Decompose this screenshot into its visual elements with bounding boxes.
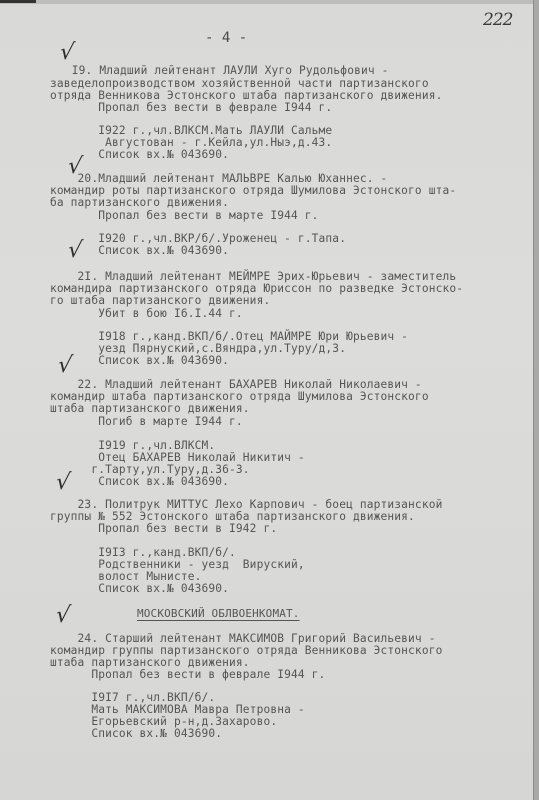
handwritten-folio-number: 222 xyxy=(483,10,512,30)
entry-line: Список вх.№ 043690. xyxy=(50,583,229,595)
entry-line: штаба партизанского движения. xyxy=(50,403,250,415)
page-number: - 4 - xyxy=(205,30,247,46)
entry-line: Пропал без вести в I942 г. xyxy=(50,523,277,535)
entry-line: I9. Младший лейтенант ЛАУЛИ Хуго Рудольф… xyxy=(58,65,389,77)
scan-top-edge xyxy=(0,0,539,4)
entry-line: ба партизанского движения. xyxy=(50,197,229,209)
entry-line: Список вх.№ 043690. xyxy=(50,245,229,257)
scan-top-shadow xyxy=(0,0,36,3)
entry-line: Погиб в марте I944 г. xyxy=(50,416,243,428)
entry-line: Пропал без вести в феврале I944 г. xyxy=(50,669,325,681)
entry-line: го штаба партизанского движения. xyxy=(50,295,270,307)
entry-line: Список вх.№ 043690. xyxy=(50,149,229,161)
entry-line: Пропал без вести в марте I944 г. xyxy=(50,210,319,222)
entry-line: Убит в бою I6.I.44 г. xyxy=(50,308,243,320)
check-mark-icon: √ xyxy=(54,603,72,628)
archival-document-page: 222 - 4 - √ √ √ √ √ √ I9. Младший лейтен… xyxy=(0,0,539,800)
entry-line: Список вх.№ 043690. xyxy=(50,728,222,740)
section-heading: МОСКОВСКИЙ ОБЛВОЕНКОМАТ. xyxy=(137,608,300,620)
check-mark-icon: √ xyxy=(58,40,76,65)
entry-line: Список вх.№ 043690. xyxy=(50,476,229,488)
entry-line: Пропал без вести в феврале I944 г. xyxy=(50,102,332,114)
entry-line: Список вх.№ 043690. xyxy=(50,355,229,367)
scan-right-edge xyxy=(533,0,539,800)
